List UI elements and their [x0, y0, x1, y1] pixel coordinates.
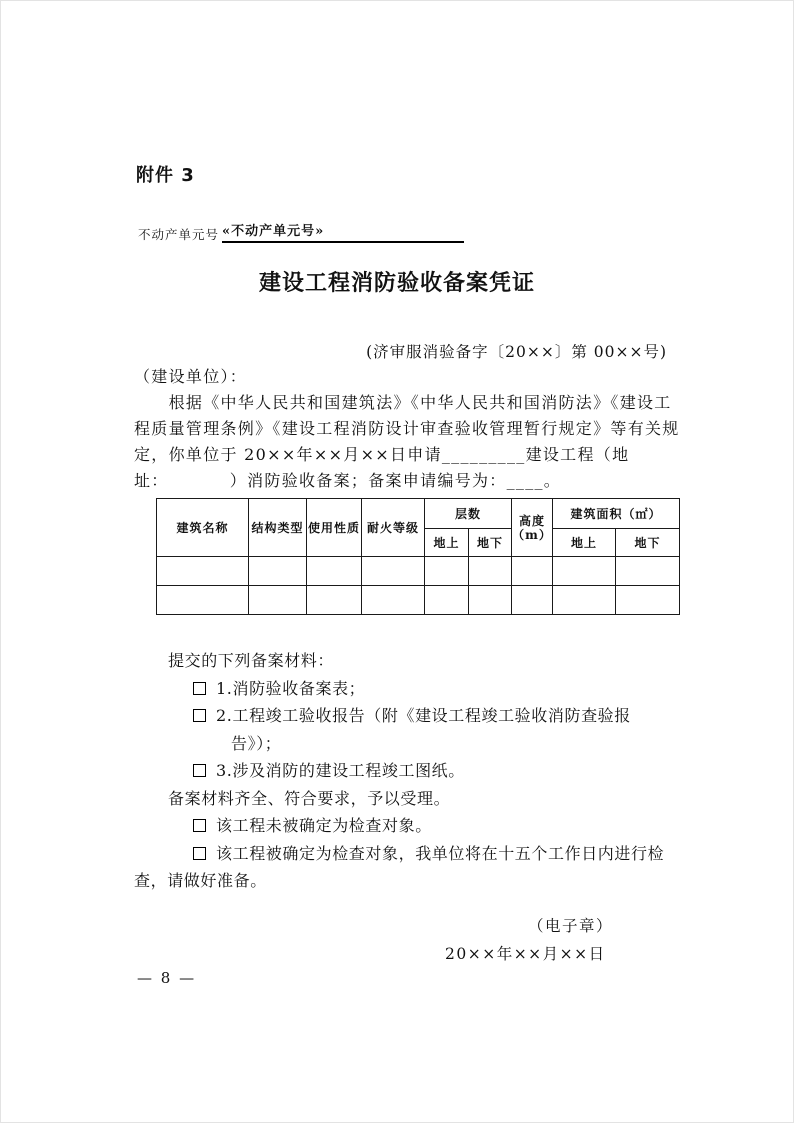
material-item-2-label: 2.工程竣工验收报告（附《建设工程竣工验收消防查验报	[216, 706, 631, 725]
material-item-3-label: 3.涉及消防的建设工程竣工图纸。	[216, 761, 465, 780]
table-cell	[425, 586, 469, 615]
col-header-area-group: 建筑面积（㎡）	[553, 499, 680, 529]
col-header-building-name: 建筑名称	[157, 499, 249, 557]
page-number: — 8 —	[137, 969, 196, 987]
checkbox-option-2[interactable]	[193, 847, 206, 860]
col-header-height: 高度 （m）	[512, 499, 553, 557]
property-unit-blank: «不动产单元号»	[222, 220, 464, 243]
inspection-option-2-label: 该工程被确定为检查对象，我单位将在十五个工作日内进行检	[216, 844, 664, 863]
material-item-2-wrap: 告》）；	[134, 730, 694, 758]
table-cell	[307, 586, 362, 615]
building-info-table: 建筑名称 结构类型 使用性质 耐火等级 层数 高度 （m） 建筑面积（㎡） 地上…	[156, 498, 680, 615]
col-header-area-above: 地上	[553, 529, 616, 557]
col-header-structure-type: 结构类型	[249, 499, 307, 557]
height-unit: （m）	[512, 528, 552, 542]
body-paragraph: （建设单位）： 根据《中华人民共和国建筑法》《中华人民共和国消防法》《建设工 程…	[134, 364, 694, 494]
checkbox-item-1[interactable]	[193, 682, 206, 695]
col-header-usage-nature: 使用性质	[307, 499, 362, 557]
table-row	[157, 586, 680, 615]
signature-date: 20××年××月××日	[445, 942, 606, 964]
material-item-2: 2.工程竣工验收报告（附《建设工程竣工验收消防查验报	[134, 702, 694, 730]
table-cell	[249, 557, 307, 586]
material-item-1: 1.消防验收备案表；	[134, 675, 694, 703]
inspection-option-2: 该工程被确定为检查对象，我单位将在十五个工作日内进行检	[134, 840, 694, 868]
property-unit-label: 不动产单元号	[138, 227, 219, 242]
table-cell	[469, 557, 512, 586]
table-cell	[616, 557, 680, 586]
col-header-fire-resistance: 耐火等级	[362, 499, 425, 557]
table-cell	[469, 586, 512, 615]
document-number: (济审服消验备字〔20××〕第 00××号)	[366, 340, 667, 362]
table-cell	[425, 557, 469, 586]
property-unit-value: «不动产单元号»	[222, 224, 324, 239]
acceptance-statement: 备案材料齐全、符合要求，予以受理。	[134, 785, 694, 813]
table-cell	[157, 557, 249, 586]
col-header-area-below: 地下	[616, 529, 680, 557]
salutation-line: （建设单位）：	[134, 364, 694, 390]
document-page: 附件 3 不动产单元号«不动产单元号» 建设工程消防验收备案凭证 (济审服消验备…	[0, 0, 794, 1123]
checkbox-item-2[interactable]	[193, 709, 206, 722]
attachment-label: 附件 3	[136, 161, 195, 187]
material-item-1-label: 1.消防验收备案表；	[216, 679, 365, 698]
table-cell	[362, 586, 425, 615]
table-cell	[362, 557, 425, 586]
material-item-3: 3.涉及消防的建设工程竣工图纸。	[134, 757, 694, 785]
table-row	[157, 557, 680, 586]
height-label: 高度	[519, 514, 545, 528]
body-line: 程质量管理条例》《建设工程消防设计审查验收管理暂行规定》等有关规	[134, 416, 694, 442]
table-cell	[157, 586, 249, 615]
table-cell	[512, 586, 553, 615]
body-line: 根据《中华人民共和国建筑法》《中华人民共和国消防法》《建设工	[134, 390, 694, 416]
table-cell	[307, 557, 362, 586]
body-line: 定，你单位于 20××年××月××日申请_________建设工程（地	[134, 442, 694, 468]
inspection-option-1-label: 该工程未被确定为检查对象。	[216, 816, 432, 835]
materials-intro: 提交的下列备案材料：	[134, 647, 694, 675]
col-header-floors-group: 层数	[425, 499, 512, 529]
checkbox-item-3[interactable]	[193, 764, 206, 777]
col-header-floors-above: 地上	[425, 529, 469, 557]
inspection-option-2-wrap: 查，请做好准备。	[134, 867, 694, 895]
body-line: 址： ）消防验收备案；备案申请编号为：____。	[134, 468, 694, 494]
checkbox-option-1[interactable]	[193, 819, 206, 832]
table-cell	[249, 586, 307, 615]
inspection-option-1: 该工程未被确定为检查对象。	[134, 812, 694, 840]
electronic-seal-placeholder: （电子章）	[528, 914, 613, 936]
table-cell	[553, 586, 616, 615]
table-cell	[616, 586, 680, 615]
page-title: 建设工程消防验收备案凭证	[1, 266, 793, 297]
table-cell	[553, 557, 616, 586]
col-header-floors-below: 地下	[469, 529, 512, 557]
materials-section: 提交的下列备案材料： 1.消防验收备案表； 2.工程竣工验收报告（附《建设工程竣…	[134, 647, 694, 895]
property-unit-line: 不动产单元号«不动产单元号»	[138, 220, 464, 243]
table-cell	[512, 557, 553, 586]
